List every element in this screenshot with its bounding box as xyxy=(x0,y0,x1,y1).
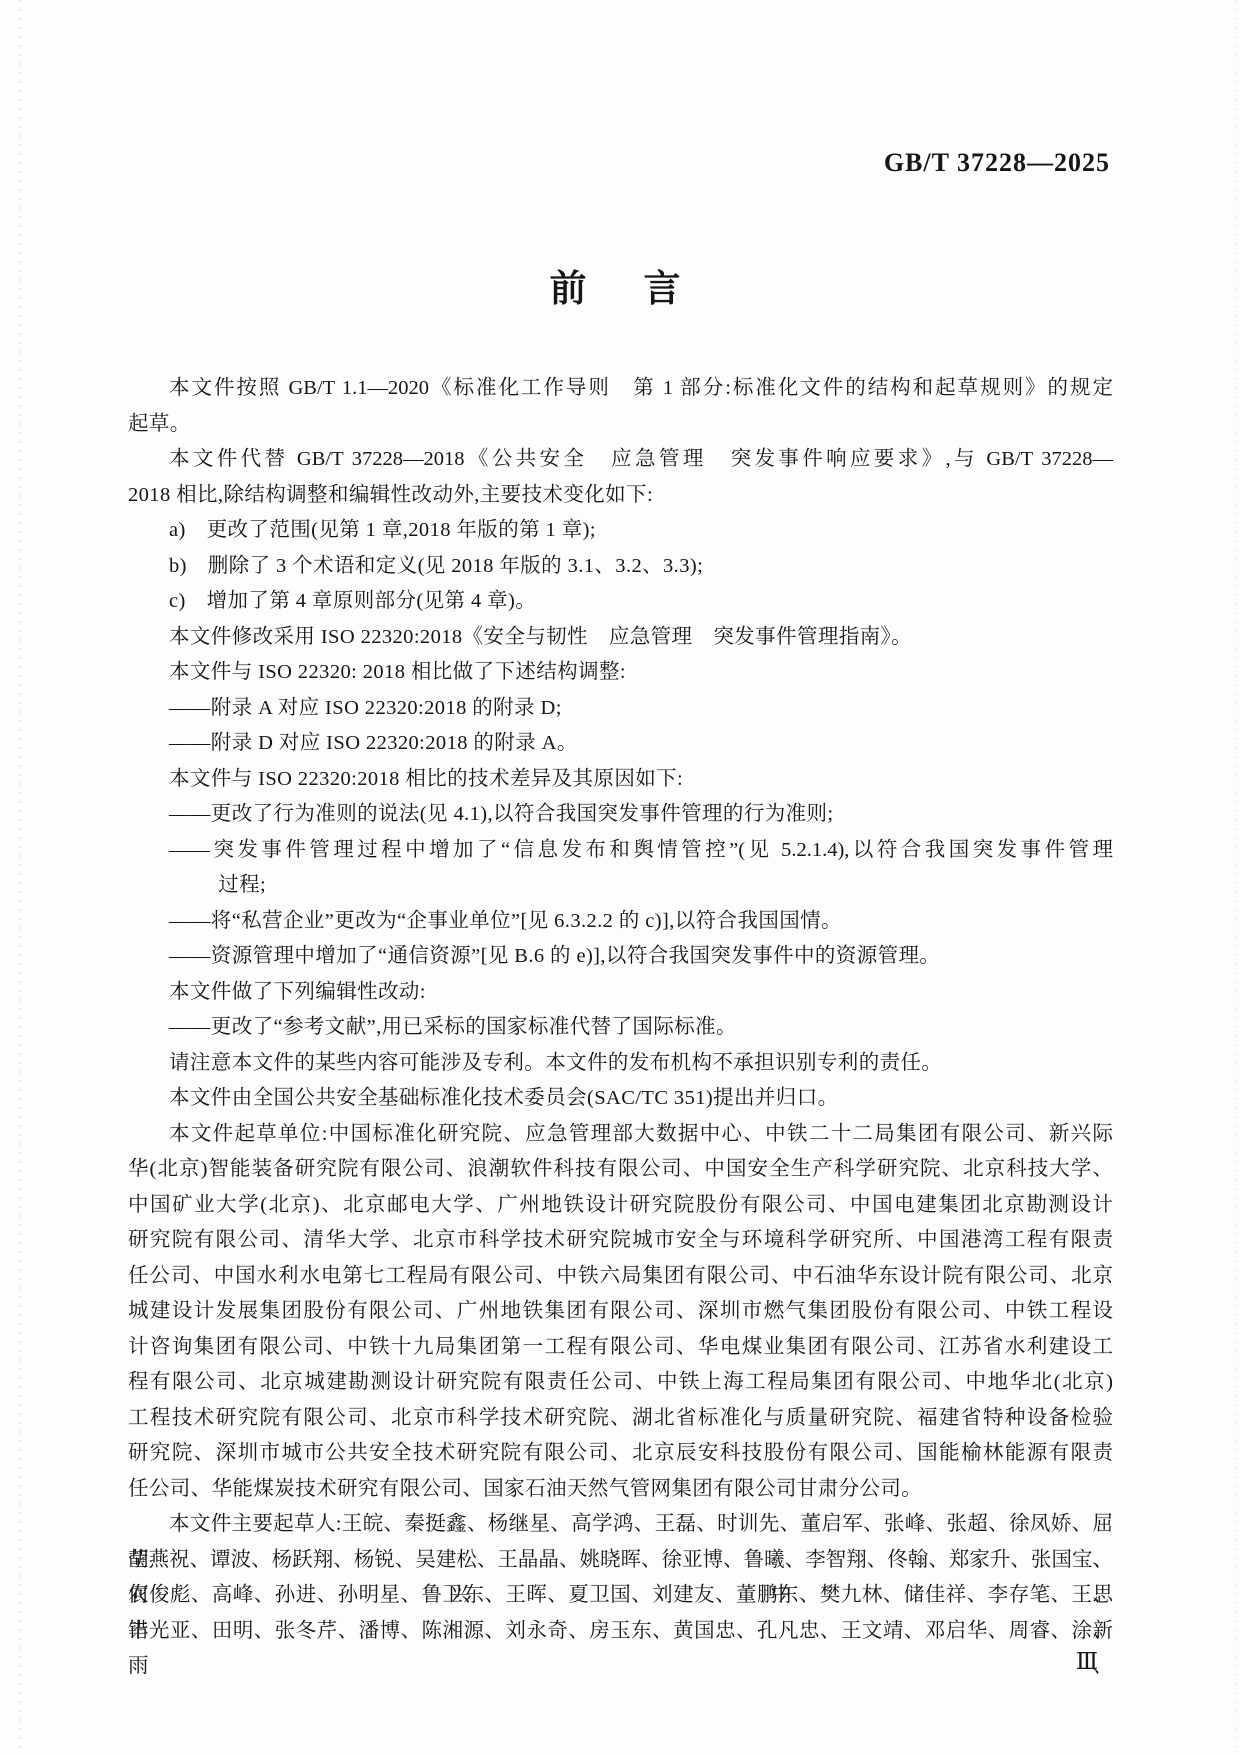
text-line: 中国矿业大学(北京)、北京邮电大学、广州地铁设计研究院股份有限公司、中国电建集团… xyxy=(128,1188,1113,1224)
text-line: 工程技术研究院有限公司、北京市科学技术研究院、湖北省标准化与质量研究院、福建省特… xyxy=(128,1401,1113,1437)
text-line: 起草。 xyxy=(128,407,1113,443)
text-line: 本文件由全国公共安全基础标准化技术委员会(SAC/TC 351)提出并归口。 xyxy=(128,1081,1113,1117)
text-line: a) 更改了范围(见第 1 章,2018 年版的第 1 章); xyxy=(128,513,1113,549)
text-line: ——资源管理中增加了“通信资源”[见 B.6 的 e)],以符合我国突发事件中的… xyxy=(128,939,1113,975)
foreword-body: 本文件按照 GB/T 1.1—2020《标准化工作导则 第 1 部分:标准化文件… xyxy=(128,371,1113,1649)
text-line: 任公司、华能煤炭技术研究有限公司、国家石油天然气管网集团有限公司甘肃分公司。 xyxy=(128,1472,1113,1508)
text-line: 研究院、深圳市城市公共安全技术研究院有限公司、北京辰安科技股份有限公司、国能榆林… xyxy=(128,1436,1113,1472)
page-title: 前 言 xyxy=(0,258,1240,312)
text-line: 本文件代替 GB/T 37228—2018《公共安全 应急管理 突发事件响应要求… xyxy=(128,442,1113,478)
text-line: 本文件与 ISO 22320:2018 相比的技术差异及其原因如下: xyxy=(128,762,1113,798)
text-line: 本文件做了下列编辑性改动: xyxy=(128,975,1113,1011)
page-number: Ⅲ xyxy=(1076,1648,1098,1676)
text-line: 任公司、中国水利水电第七工程局有限公司、中铁六局集团有限公司、中石油华东设计院有… xyxy=(128,1259,1113,1295)
text-line: 本文件修改采用 ISO 22320:2018《安全与韧性 应急管理 突发事件管理… xyxy=(128,620,1113,656)
text-line: 研究院有限公司、清华大学、北京市科学技术研究院城市安全与环境科学研究所、中国港湾… xyxy=(128,1223,1113,1259)
text-line: 何俊彪、高峰、孙进、孙明星、鲁卫东、王晖、夏卫国、刘建友、董鹏东、樊九林、储佳祥… xyxy=(128,1578,1113,1614)
text-line: 本文件起草单位:中国标准化研究院、应急管理部大数据中心、中铁二十二局集团有限公司… xyxy=(128,1117,1113,1153)
text-line: 丰光亚、田明、张冬芹、潘博、陈湘源、刘永奇、房玉东、黄国忠、孔凡忠、王文靖、邓启… xyxy=(128,1614,1113,1650)
text-line: 程有限公司、北京城建勘测设计研究院有限责任公司、中铁上海工程局集团有限公司、中地… xyxy=(128,1365,1113,1401)
text-line: ——附录 D 对应 ISO 22320:2018 的附录 A。 xyxy=(128,726,1113,762)
text-line: 本文件主要起草人:王皖、秦挺鑫、杨继星、高学鸿、王磊、时训先、董启军、张峰、张超… xyxy=(128,1507,1113,1543)
text-line: ——更改了“参考文献”,用已采标的国家标准代替了国际标准。 xyxy=(128,1010,1113,1046)
text-line: ——附录 A 对应 ISO 22320:2018 的附录 D; xyxy=(128,691,1113,727)
text-line: 华(北京)智能装备研究院有限公司、浪潮软件科技有限公司、中国安全生产科学研究院、… xyxy=(128,1152,1113,1188)
text-line: 胡燕祝、谭波、杨跃翔、杨锐、吴建松、王晶晶、姚晓晖、徐亚博、鲁曦、李智翔、佟翰、… xyxy=(128,1543,1113,1579)
text-line: 城建设计发展集团股份有限公司、广州地铁集团有限公司、深圳市燃气集团股份有限公司、… xyxy=(128,1294,1113,1330)
text-line: ——更改了行为准则的说法(见 4.1),以符合我国突发事件管理的行为准则; xyxy=(128,797,1113,833)
text-line: 2018 相比,除结构调整和编辑性改动外,主要技术变化如下: xyxy=(128,478,1113,514)
document-page: GB/T 37228—2025 前 言 本文件按照 GB/T 1.1—2020《… xyxy=(0,0,1240,1754)
text-line: 本文件按照 GB/T 1.1—2020《标准化工作导则 第 1 部分:标准化文件… xyxy=(128,371,1113,407)
text-line: 本文件与 ISO 22320: 2018 相比做了下述结构调整: xyxy=(128,655,1113,691)
text-line: ——将“私营企业”更改为“企事业单位”[见 6.3.2.2 的 c)],以符合我… xyxy=(128,904,1113,940)
text-line: 请注意本文件的某些内容可能涉及专利。本文件的发布机构不承担识别专利的责任。 xyxy=(128,1046,1113,1082)
text-line: ——突发事件管理过程中增加了“信息发布和舆情管控”(见 5.2.1.4),以符合… xyxy=(128,833,1113,869)
text-line: 过程; xyxy=(128,868,1113,904)
text-line: b) 删除了 3 个术语和定义(见 2018 年版的 3.1、3.2、3.3); xyxy=(128,549,1113,585)
text-line: 计咨询集团有限公司、中铁十九局集团第一工程有限公司、华电煤业集团有限公司、江苏省… xyxy=(128,1330,1113,1366)
text-line: c) 增加了第 4 章原则部分(见第 4 章)。 xyxy=(128,584,1113,620)
standard-number: GB/T 37228—2025 xyxy=(884,148,1110,178)
